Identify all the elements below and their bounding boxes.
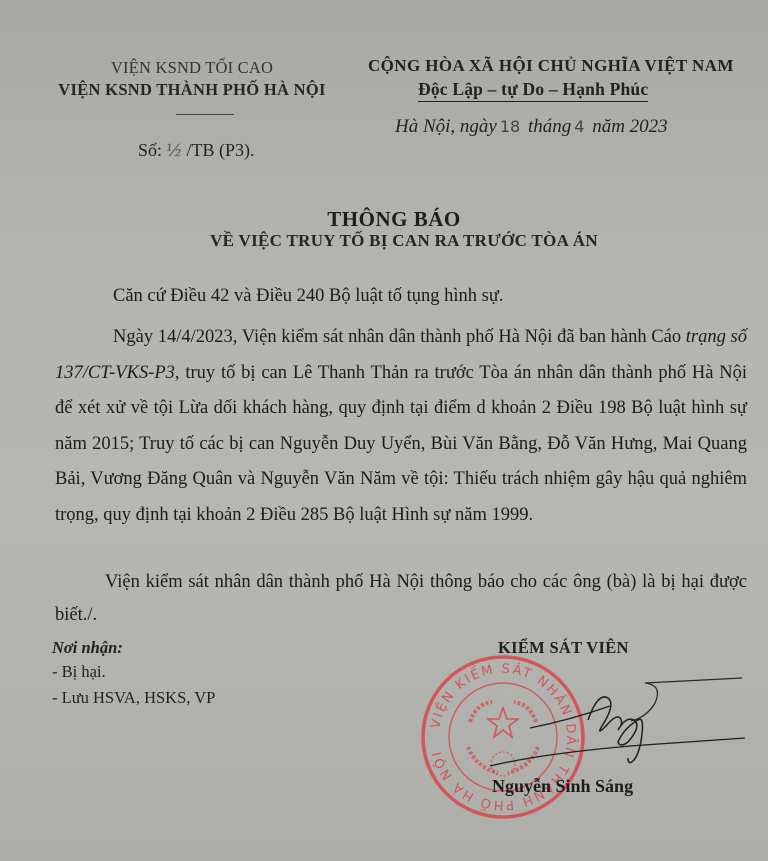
document-subtitle: VỀ VIỆC TRUY TỐ BỊ CAN RA TRƯỚC TÒA ÁN xyxy=(0,231,768,251)
recipient-item: - Bị hại. xyxy=(52,662,106,682)
notice-text: Viện kiểm sát nhân dân thành phố Hà Nội … xyxy=(55,572,747,625)
paragraph-notice: Viện kiểm sát nhân dân thành phố Hà Nội … xyxy=(55,566,747,632)
signer-name: Nguyễn Sinh Sáng xyxy=(492,776,633,797)
org-supreme: VIỆN KSND TỐI CAO xyxy=(0,58,384,78)
number-suffix: /TB (P3). xyxy=(187,140,255,160)
date-month: 4 xyxy=(574,117,584,136)
paragraph-indictment: Ngày 14/4/2023, Viện kiểm sát nhân dân t… xyxy=(55,320,747,533)
document-page: VIỆN KSND TỐI CAO VIỆN KSND THÀNH PHỐ HÀ… xyxy=(0,0,768,861)
number-handwritten: ½ xyxy=(166,141,182,161)
date-day: 18 xyxy=(500,117,520,136)
divider xyxy=(176,114,234,115)
signature-icon xyxy=(460,660,750,780)
date-month-label: tháng xyxy=(528,116,571,137)
recipients-title: Nơi nhận: xyxy=(52,638,123,658)
document-number: Số:½/TB (P3). xyxy=(138,140,255,161)
document-title: THÔNG BÁO xyxy=(0,207,768,232)
document-date: Hà Nội, ngày18 tháng4 năm 2023 xyxy=(395,116,668,138)
nation-title: CỘNG HÒA XÃ HỘI CHỦ NGHĨA VIỆT NAM xyxy=(368,56,734,76)
org-hanoi: VIỆN KSND THÀNH PHỐ HÀ NỘI xyxy=(0,80,384,100)
date-year: năm 2023 xyxy=(592,116,667,137)
indictment-start: Ngày 14/4/2023, Viện kiểm sát nhân dân t… xyxy=(113,327,681,347)
number-prefix: Số: xyxy=(138,140,162,160)
date-prefix: Hà Nội, ngày xyxy=(395,116,497,137)
recipient-item: - Lưu HSVA, HSKS, VP xyxy=(52,688,215,708)
indictment-rest: , truy tố bị can Lê Thanh Thản ra trước … xyxy=(55,363,747,525)
nation-motto: Độc Lập – tự Do – Hạnh Phúc xyxy=(418,79,648,102)
paragraph-basis: Căn cứ Điều 42 và Điều 240 Bộ luật tố tụ… xyxy=(55,286,747,307)
paragraph-basis-text: Căn cứ Điều 42 và Điều 240 Bộ luật tố tụ… xyxy=(113,286,504,306)
